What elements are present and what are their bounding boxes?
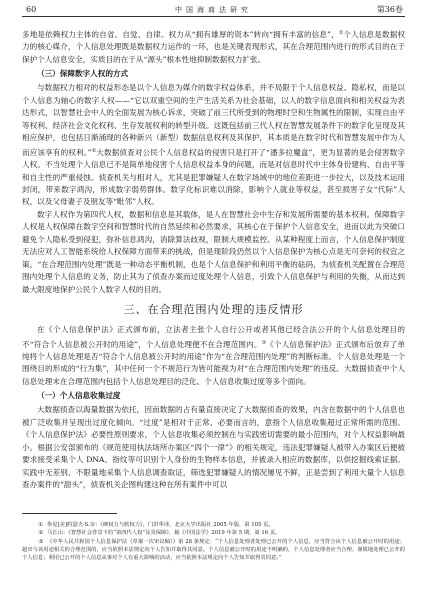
paragraph-5: 大数据侦查以海量数据为依托，因而数据的占有量直接决定了大数据侦查的效果，内含在数… xyxy=(22,404,405,491)
article-body: 多地是依赖权力主体的自省、自觉、自律。权力从“拥有雄厚的资本”转向“拥有丰富的信… xyxy=(22,27,405,492)
subsection-heading-3: （三）保障数字人权的方式 xyxy=(22,67,405,81)
header-rule xyxy=(22,16,405,17)
subsection-heading-1: （一）个人信息收集过度 xyxy=(22,389,405,403)
footnotes: ①参见[美]约瑟夫·S.奈：《硬权力与软权力》，门洪华译，北京大学出版社 200… xyxy=(22,521,405,562)
section-title: 三、在合理范围内处理的违反情形 xyxy=(22,299,405,321)
running-head: 60 中国海商法研究 第36卷 xyxy=(22,4,405,16)
volume-label: 第36卷 xyxy=(377,4,403,16)
journal-title: 中国海商法研究 xyxy=(22,4,405,16)
footnote-rule xyxy=(22,513,117,514)
paragraph-3: 数字人权作为第四代人权，数据和信息是其载体，是人在智慧社会中生存和发展所需要的基… xyxy=(22,209,405,296)
footnote-2: ②马长山：《智慧社会背景下的“第四代人权”及其保障》，载《中国法学》2019 年… xyxy=(22,529,405,537)
paragraph-2: 与数据权力相对的权益形态是以个人信息为媒介的数字权益体系，并不局限于个人信息权益… xyxy=(22,82,405,209)
paragraph-1: 多地是依赖权力主体的自省、自觉、自律。权力从“拥有雄厚的资本”转向“拥有丰富的信… xyxy=(22,27,405,66)
footnote-3: ③《中华人民共和国个人信息保护法（草案一次审议稿）》第 28 条规定：“个人信息… xyxy=(22,538,405,563)
paragraph-4: 在《个人信息保护法》正式颁布前，立法者主张个人自行公开或者其他已经合法公开的个人… xyxy=(22,324,405,388)
footnote-1: ①参见[美]约瑟夫·S.奈：《硬权力与软权力》，门洪华译，北京大学出版社 200… xyxy=(22,521,405,529)
